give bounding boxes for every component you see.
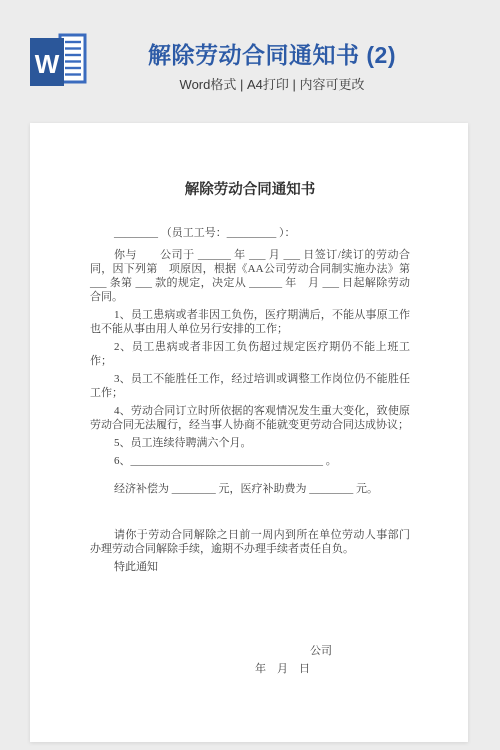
reason-item-1: 1、员工患病或者非因工负伤，医疗期满后，不能从事原工作也不能从事由用人单位另行安…: [90, 308, 410, 336]
format-info: Word格式 | A4打印 | 内容可更改: [44, 77, 500, 92]
notice-paragraph: 请你于劳动合同解除之日前一周内到所在单位劳动人事部门办理劳动合同解除手续，逾期不…: [90, 528, 410, 556]
document-title: 解除劳动合同通知书: [90, 180, 410, 200]
reason-item-6: 6、___________________________________ 。: [90, 454, 410, 468]
signature-company-line: 公司: [90, 644, 410, 658]
intro-paragraph: 你与 公司于 ______ 年 ___ 月 ___ 日签订/续订的劳动合同，因下…: [90, 248, 410, 304]
page-title: 解除劳动合同通知书 (2): [44, 42, 500, 68]
word-icon: W: [30, 33, 88, 86]
header: W 解除劳动合同通知书 (2) Word格式 | A4打印 | 内容可更改: [0, 0, 500, 123]
salutation-line: ________ （员工工号：_________ ）：: [90, 226, 410, 240]
reason-item-3: 3、员工不能胜任工作，经过培训或调整工作岗位仍不能胜任工作；: [90, 372, 410, 400]
signature-date-line: 年 月 日: [90, 662, 410, 676]
hereby-notice-line: 特此通知: [90, 560, 410, 574]
document-page: 解除劳动合同通知书 ________ （员工工号：_________ ）： 你与…: [30, 123, 468, 742]
reason-item-2: 2、员工患病或者非因工负伤超过规定医疗期仍不能上班工作；: [90, 340, 410, 368]
word-icon-letter: W: [35, 49, 60, 79]
compensation-line: 经济补偿为 ________ 元，医疗补助费为 ________ 元。: [90, 482, 410, 496]
reason-item-4: 4、劳动合同订立时所依据的客观情况发生重大变化，致使原劳动合同无法履行，经当事人…: [90, 404, 410, 432]
reason-item-5: 5、员工连续待聘满六个月。: [90, 436, 410, 450]
